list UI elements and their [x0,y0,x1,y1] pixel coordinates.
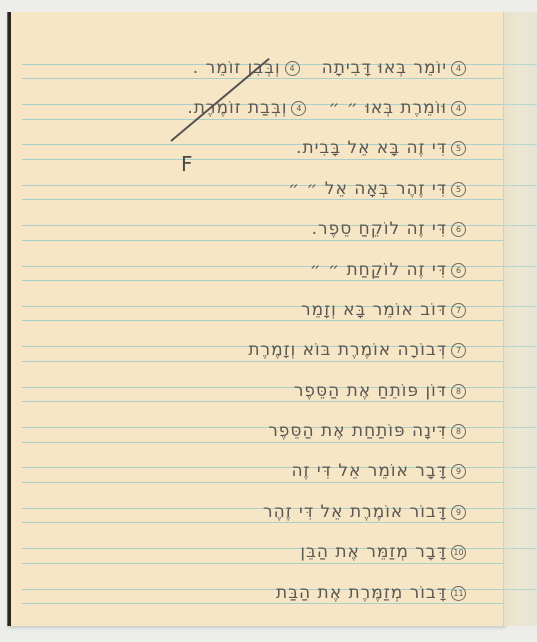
ruled-line [504,508,537,509]
ruled-line [22,320,506,321]
ruled-line [504,467,537,468]
ruled-line [22,240,506,241]
facing-page-edge [503,12,537,626]
line-text: דִּי זֶה בָּא אֵל בָּבִית. [296,138,447,158]
ruled-line [22,563,506,564]
handwritten-line: 9דָּבוֹר אוֹמֶרֶת אֵל דִּי זֶהֶר [263,502,466,522]
ruled-line [22,119,506,120]
ruled-line [504,185,537,186]
line-text: וּוֹמֵרֶת בְּאוּ ״ ״ [328,98,447,118]
circled-number: 4 [451,61,466,76]
circled-number: 4 [285,61,300,76]
line-text: דִּי זֶה לוֹקֵחַ סֵפֶר. [312,219,447,239]
ruled-line [504,346,537,347]
handwritten-line: 9דָּבָר אוֹמֵר אֵל דִּי זֶה [291,461,466,481]
circled-number: 10 [451,545,466,560]
ruled-line [22,401,506,402]
circled-number: 8 [451,424,466,439]
circled-number: 9 [451,464,466,479]
circled-number: 8 [451,384,466,399]
ruled-line [22,78,506,79]
ruled-line [504,387,537,388]
ruled-line [504,144,537,145]
handwritten-line: 5דִּי זֶהֶר בְּאָה אֵל ״ ״ [288,179,466,199]
handwritten-line: 7דְּבוֹרָה אוֹמֶרֶת בּוֹא וְזָמֶרֶת [248,340,466,360]
handwritten-line: 4יוֹמֵר בְּאוּ דָּבִיתָה4וְבְּבִן זוֹמֵר… [193,58,466,78]
line-text: דּוֹן פּוֹתֵחַ אֶת הַסֵּפֶר [294,381,447,401]
ruled-line [504,64,537,65]
circled-number: 5 [451,141,466,156]
line-text: דִּי זֶהֶר בְּאָה אֵל ״ ״ [288,179,447,199]
line-text: יוֹמֵר בְּאוּ דָּבִיתָה [322,58,447,78]
line-text: דְּבוֹרָה אוֹמֶרֶת בּוֹא וְזָמֶרֶת [248,340,447,360]
line-text: דָּבָר מְזַמֵּר אֶת הַבֵּן [300,542,447,562]
notebook-page: 4יוֹמֵר בְּאוּ דָּבִיתָה4וְבְּבִן זוֹמֵר… [8,12,506,626]
ruled-line [22,361,506,362]
line-text: דָּבוֹר מְזַמֶּרֶת אֶת הַבַּת [276,583,447,603]
ruled-line [22,280,506,281]
circled-number: 6 [451,222,466,237]
line-text: דָּבוֹר אוֹמֶרֶת אֵל דִּי זֶהֶר [263,502,447,522]
line-text: דִּינָה פּוֹתַחַת אֶת הַסֵּפֶר [268,421,447,441]
ruled-line [504,104,537,105]
circled-number: 4 [451,101,466,116]
ruled-line [22,199,506,200]
circled-number: 7 [451,343,466,358]
handwritten-line: 6דִּי זֶה לוֹקֵחַ סֵפֶר. [312,219,466,239]
ruled-line [22,482,506,483]
ruled-line [504,427,537,428]
ruled-line [504,266,537,267]
ruled-line [22,603,506,604]
grade-mark: F [181,152,193,176]
ruled-line [504,225,537,226]
circled-number: 7 [451,303,466,318]
line-text: דִּי זֶה לוֹקַחַת ״ ״ [310,260,447,280]
circled-number: 5 [451,182,466,197]
ruled-line [22,159,506,160]
ruled-line [504,306,537,307]
handwritten-line: 7דּוֹב אוֹמֵר בָּא וְזָמֵר [301,300,466,320]
handwritten-line: 11דָּבוֹר מְזַמֶּרֶת אֶת הַבַּת [276,583,466,603]
handwritten-line: 8דִּינָה פּוֹתַחַת אֶת הַסֵּפֶר [268,421,466,441]
ruled-line [504,548,537,549]
ruled-line [504,589,537,590]
line-text: דָּבָר אוֹמֵר אֵל דִּי זֶה [291,461,447,481]
circled-number: 11 [451,586,466,601]
handwritten-line: 10דָּבָר מְזַמֵּר אֶת הַבֵּן [300,542,466,562]
line-text: דּוֹב אוֹמֵר בָּא וְזָמֵר [301,300,447,320]
circled-number: 9 [451,505,466,520]
handwritten-line: 5דִּי זֶה בָּא אֵל בָּבִית. [296,138,466,158]
circled-number: 4 [291,101,306,116]
circled-number: 6 [451,263,466,278]
ruled-line [22,522,506,523]
handwritten-line: 4וּוֹמֵרֶת בְּאוּ ״ ״4וְבְּבַת זוֹמֶרֶת. [187,98,466,118]
handwritten-line: 8דּוֹן פּוֹתֵחַ אֶת הַסֵּפֶר [294,381,466,401]
ruled-line [22,442,506,443]
handwritten-line: 6דִּי זֶה לוֹקַחַת ״ ״ [310,260,466,280]
